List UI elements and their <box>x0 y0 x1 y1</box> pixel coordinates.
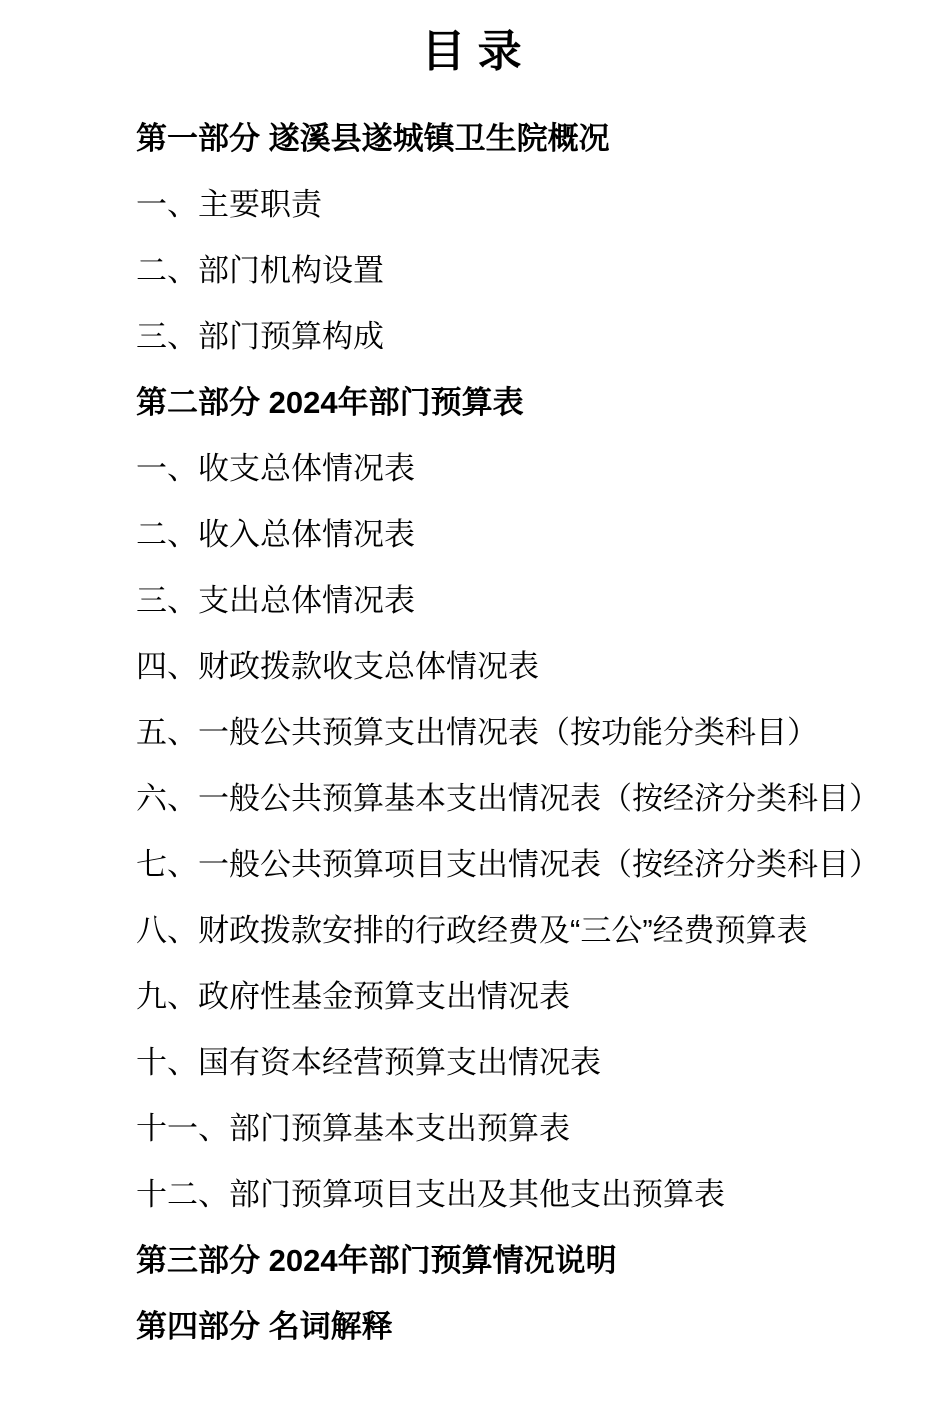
toc-entry: 一、主要职责 <box>136 172 903 238</box>
toc-section-heading: 第一部分 遂溪县遂城镇卫生院概况 <box>136 106 903 172</box>
toc-entry: 二、部门机构设置 <box>136 238 903 304</box>
toc-entry: 四、财政拨款收支总体情况表 <box>136 634 903 700</box>
toc-entry: 五、一般公共预算支出情况表（按功能分类科目） <box>136 700 903 766</box>
toc-entry: 三、支出总体情况表 <box>136 568 903 634</box>
toc-entry: 二、收入总体情况表 <box>136 502 903 568</box>
toc-entry: 三、部门预算构成 <box>136 304 903 370</box>
toc-section-heading: 第四部分 名词解释 <box>136 1294 903 1360</box>
toc-section-heading: 第三部分 2024年部门预算情况说明 <box>136 1228 903 1294</box>
toc-section-heading: 第二部分 2024年部门预算表 <box>136 370 903 436</box>
toc-entry: 七、一般公共预算项目支出情况表（按经济分类科目） <box>136 832 903 898</box>
toc-entry: 十一、部门预算基本支出预算表 <box>136 1096 903 1162</box>
toc-entry: 十、国有资本经营预算支出情况表 <box>136 1030 903 1096</box>
document-page: 目 录 第一部分 遂溪县遂城镇卫生院概况一、主要职责二、部门机构设置三、部门预算… <box>0 0 943 1401</box>
toc-entry: 一、收支总体情况表 <box>136 436 903 502</box>
toc-entry: 十二、部门预算项目支出及其他支出预算表 <box>136 1162 903 1228</box>
toc-entry: 九、政府性基金预算支出情况表 <box>136 964 903 1030</box>
toc-list: 第一部分 遂溪县遂城镇卫生院概况一、主要职责二、部门机构设置三、部门预算构成第二… <box>0 106 943 1360</box>
page-title: 目 录 <box>0 0 943 74</box>
toc-entry: 六、一般公共预算基本支出情况表（按经济分类科目） <box>136 766 903 832</box>
toc-entry: 八、财政拨款安排的行政经费及“三公”经费预算表 <box>136 898 903 964</box>
